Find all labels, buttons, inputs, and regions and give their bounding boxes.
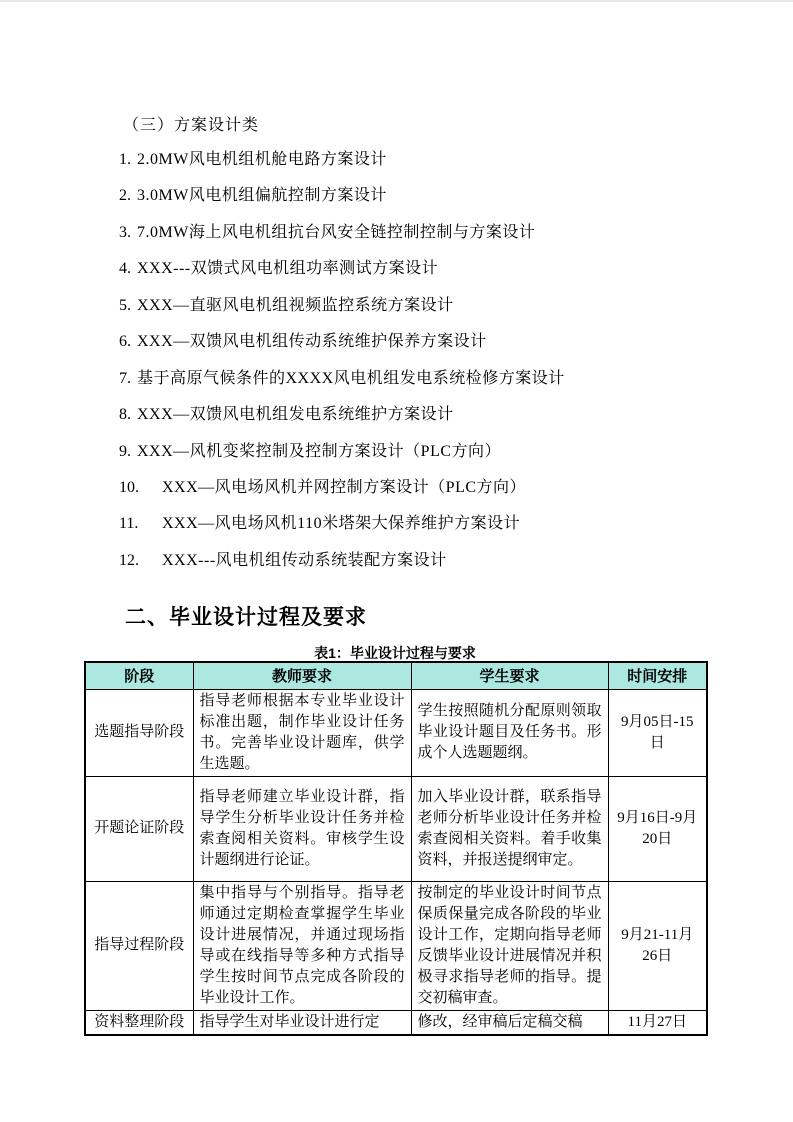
process-requirements-table: 阶段 教师要求 学生要求 时间安排 选题指导阶段 指导老师根据本专业毕业设计标准… [84, 661, 708, 1036]
list-item-text: XXX---双馈式风电机组功率测试方案设计 [137, 259, 438, 278]
cell-student-requirement: 修改，经审稿后定稿交稿 [411, 1010, 608, 1035]
list-item: 3. 7.0MW海上风电机组抗台风安全链控制控制与方案设计 [119, 223, 719, 259]
col-header-schedule: 时间安排 [608, 662, 707, 689]
list-item-number: 1. [119, 150, 137, 169]
list-item-number: 2. [119, 186, 137, 205]
document-page: （三）方案设计类 1. 2.0MW风电机组机舱电路方案设计 2. 3.0MW风电… [0, 0, 793, 1122]
list-item-text: XXX—风电场风机110米塔架大保养维护方案设计 [162, 514, 520, 533]
cell-stage: 开题论证阶段 [85, 776, 193, 881]
list-item-text: 基于高原气候条件的XXXX风电机组发电系统检修方案设计 [137, 369, 565, 388]
list-item-text: XXX—直驱风电机组视频监控系统方案设计 [137, 296, 454, 315]
cell-student-requirement: 按制定的毕业设计时间节点保质保量完成各阶段的毕业设计工作，定期向指导老师反馈毕业… [411, 881, 608, 1010]
table-row: 开题论证阶段 指导老师建立毕业设计群，指导学生分析毕业设计任务并检索查阅相关资料… [85, 776, 707, 881]
list-item-number: 9. [119, 442, 137, 461]
list-item: 4. XXX---双馈式风电机组功率测试方案设计 [119, 259, 719, 295]
cell-teacher-requirement: 指导老师建立毕业设计群，指导学生分析毕业设计任务并检索查阅相关资料。审核学生设计… [193, 776, 411, 881]
list-item-text: 7.0MW海上风电机组抗台风安全链控制控制与方案设计 [137, 223, 535, 242]
cell-teacher-requirement: 集中指导与个别指导。指导老师通过定期检查掌握学生毕业设计进展情况，并通过现场指导… [193, 881, 411, 1010]
col-header-teacher-requirements: 教师要求 [193, 662, 411, 689]
list-item-number: 7. [119, 369, 137, 388]
table-header-row: 阶段 教师要求 学生要求 时间安排 [85, 662, 707, 689]
list-item-number: 6. [119, 332, 137, 351]
list-item-text: XXX—风电场风机并网控制方案设计（PLC方向） [162, 478, 526, 497]
table-row: 选题指导阶段 指导老师根据本专业毕业设计标准出题，制作毕业设计任务书。完善毕业设… [85, 689, 707, 776]
list-item-number: 10. [119, 478, 162, 497]
cell-stage: 资料整理阶段 [85, 1010, 193, 1035]
list-item: 5. XXX—直驱风电机组视频监控系统方案设计 [119, 296, 719, 332]
section-heading-plan-design: （三）方案设计类 [123, 112, 259, 135]
list-item-text: XXX---风电机组传动系统装配方案设计 [162, 551, 447, 570]
list-item-text: 3.0MW风电机组偏航控制方案设计 [137, 186, 387, 205]
cell-teacher-requirement: 指导老师根据本专业毕业设计标准出题，制作毕业设计任务书。完善毕业设计题库，供学生… [193, 689, 411, 776]
list-item-number: 5. [119, 296, 137, 315]
list-item-number: 3. [119, 223, 137, 242]
list-item-text: XXX—风机变桨控制及控制方案设计（PLC方向） [137, 442, 501, 461]
cell-schedule: 9月05日-15日 [608, 689, 707, 776]
list-item: 12. XXX---风电机组传动系统装配方案设计 [119, 551, 719, 587]
list-item-number: 8. [119, 405, 137, 424]
list-item: 6. XXX—双馈风电机组传动系统维护保养方案设计 [119, 332, 719, 368]
table-row: 资料整理阶段 指导学生对毕业设计进行定 修改，经审稿后定稿交稿 11月27日 [85, 1010, 707, 1035]
col-header-stage: 阶段 [85, 662, 193, 689]
cell-schedule: 9月21-11月26日 [608, 881, 707, 1010]
cell-student-requirement: 加入毕业设计群，联系指导老师分析毕业设计任务并检索查阅相关资料。着手收集资料，并… [411, 776, 608, 881]
list-item-number: 12. [119, 551, 162, 570]
list-item: 2. 3.0MW风电机组偏航控制方案设计 [119, 186, 719, 222]
section-heading-process-requirements: 二、毕业设计过程及要求 [125, 601, 367, 631]
list-item-text: XXX—双馈风电机组发电系统维护方案设计 [137, 405, 454, 424]
list-item-number: 4. [119, 259, 137, 278]
list-item: 7. 基于高原气候条件的XXXX风电机组发电系统检修方案设计 [119, 369, 719, 405]
cell-schedule: 11月27日 [608, 1010, 707, 1035]
cell-stage: 指导过程阶段 [85, 881, 193, 1010]
list-item: 11. XXX—风电场风机110米塔架大保养维护方案设计 [119, 514, 719, 550]
list-item: 1. 2.0MW风电机组机舱电路方案设计 [119, 150, 719, 186]
list-item: 8. XXX—双馈风电机组发电系统维护方案设计 [119, 405, 719, 441]
cell-student-requirement: 学生按照随机分配原则领取毕业设计题目及任务书。形成个人选题题纲。 [411, 689, 608, 776]
list-item: 9. XXX—风机变桨控制及控制方案设计（PLC方向） [119, 442, 719, 478]
cell-teacher-requirement: 指导学生对毕业设计进行定 [193, 1010, 411, 1035]
col-header-student-requirements: 学生要求 [411, 662, 608, 689]
table-row: 指导过程阶段 集中指导与个别指导。指导老师通过定期检查掌握学生毕业设计进展情况，… [85, 881, 707, 1010]
list-item-text: 2.0MW风电机组机舱电路方案设计 [137, 150, 387, 169]
table-caption: 表1：毕业设计过程与要求 [84, 643, 706, 663]
topic-list: 1. 2.0MW风电机组机舱电路方案设计 2. 3.0MW风电机组偏航控制方案设… [119, 150, 719, 587]
page-top-edge [0, 0, 793, 2]
list-item-text: XXX—双馈风电机组传动系统维护保养方案设计 [137, 332, 487, 351]
list-item: 10. XXX—风电场风机并网控制方案设计（PLC方向） [119, 478, 719, 514]
cell-stage: 选题指导阶段 [85, 689, 193, 776]
cell-schedule: 9月16日-9月20日 [608, 776, 707, 881]
list-item-number: 11. [119, 514, 162, 533]
